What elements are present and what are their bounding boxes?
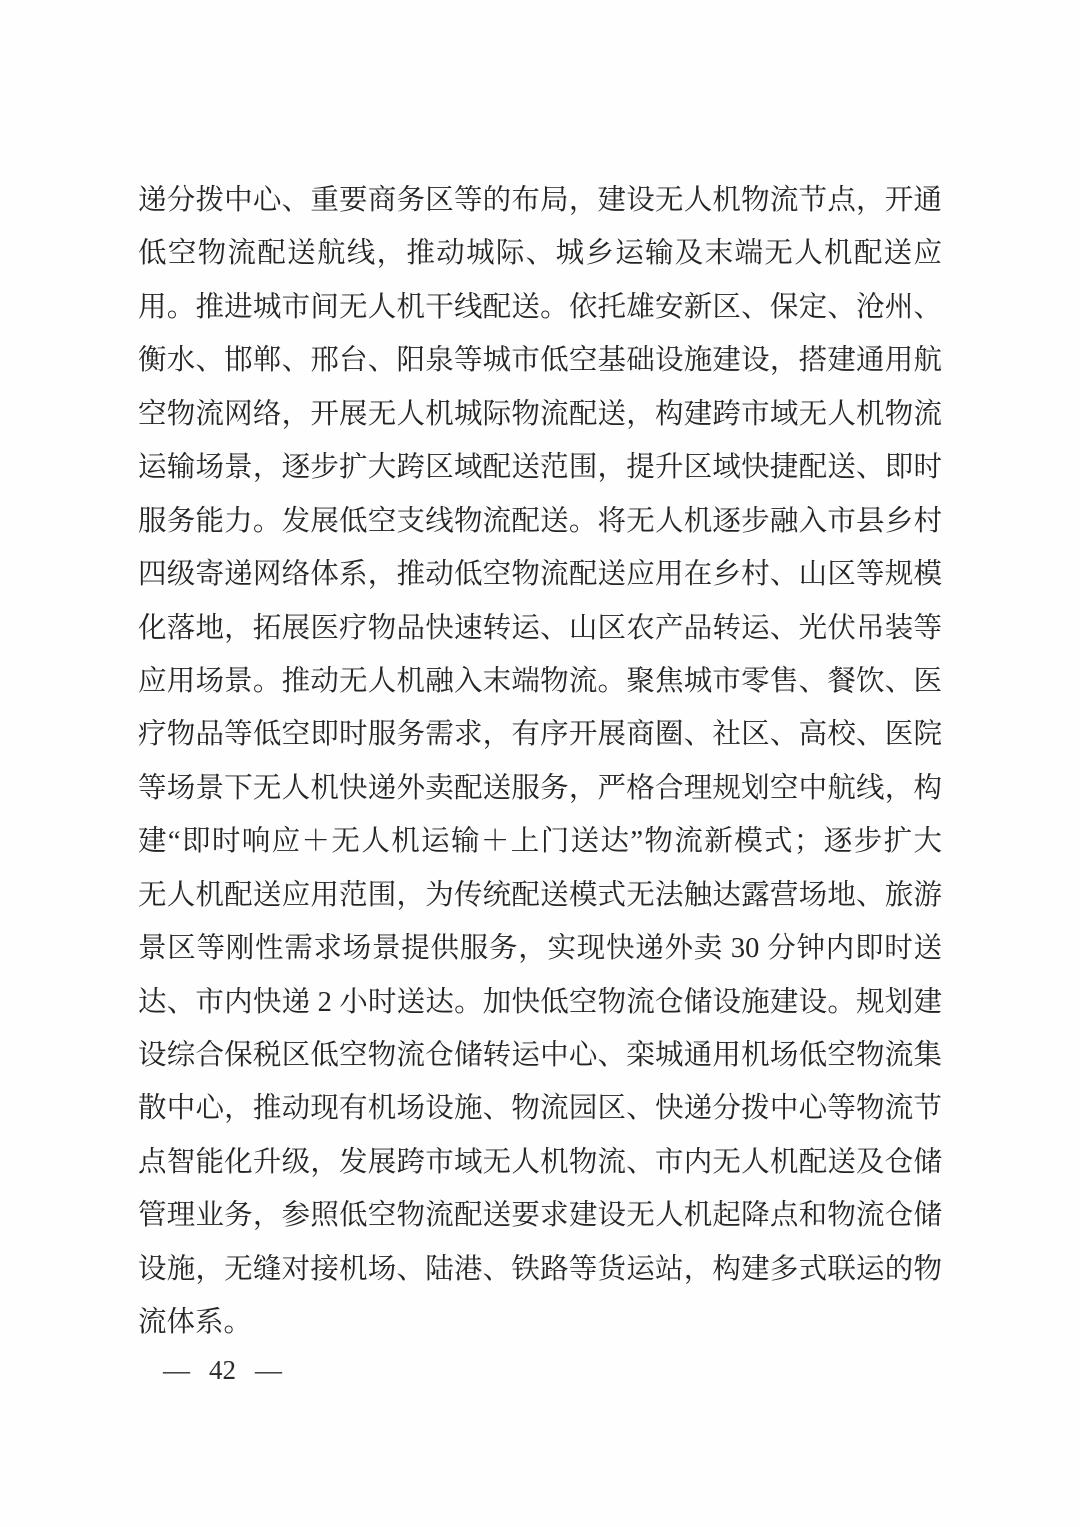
- text-line: 疗物品等低空即时服务需求，有序开展商圈、社区、高校、医院: [138, 708, 942, 761]
- text-line: 等场景下无人机快递外卖配送服务，严格合理规划空中航线，构: [138, 762, 942, 815]
- text-line: 景区等刚性需求场景提供服务，实现快递外卖 30 分钟内即时送: [138, 922, 942, 975]
- text-line: 用。推进城市间无人机干线配送。依托雄安新区、保定、沧州、: [138, 281, 942, 334]
- text-line: 达、市内快递 2 小时送达。加快低空物流仓储设施建设。规划建: [138, 976, 942, 1029]
- text-line: 设施，无缝对接机场、陆港、铁路等货运站，构建多式联运的物: [138, 1243, 942, 1296]
- page-number-dash-left: —: [163, 1355, 190, 1386]
- text-line: 服务能力。发展低空支线物流配送。将无人机逐步融入市县乡村: [138, 495, 942, 548]
- text-line: 低空物流配送航线，推动城际、城乡运输及末端无人机配送应: [138, 227, 942, 280]
- document-page: 递分拨中心、重要商务区等的布局，建设无人机物流节点，开通 低空物流配送航线，推动…: [0, 0, 1080, 1527]
- text-line: 管理业务，参照低空物流配送要求建设无人机起降点和物流仓储: [138, 1189, 942, 1242]
- page-number: — 42 —: [163, 1355, 282, 1386]
- text-line: 递分拨中心、重要商务区等的布局，建设无人机物流节点，开通: [138, 174, 942, 227]
- text-line: 建“即时响应＋无人机运输＋上门送达”物流新模式；逐步扩大: [138, 815, 942, 868]
- text-line: 设综合保税区低空物流仓储转运中心、栾城通用机场低空物流集: [138, 1029, 942, 1082]
- body-text: 递分拨中心、重要商务区等的布局，建设无人机物流节点，开通 低空物流配送航线，推动…: [138, 174, 942, 1350]
- page-number-dash-right: —: [255, 1355, 282, 1386]
- text-line: 化落地，拓展医疗物品快速转运、山区农产品转运、光伏吊装等: [138, 602, 942, 655]
- text-line: 四级寄递网络体系，推动低空物流配送应用在乡村、山区等规模: [138, 548, 942, 601]
- page-number-value: 42: [209, 1355, 236, 1386]
- text-line: 衡水、邯郸、邢台、阳泉等城市低空基础设施建设，搭建通用航: [138, 334, 942, 387]
- text-line: 无人机配送应用范围，为传统配送模式无法触达露营场地、旅游: [138, 869, 942, 922]
- text-line: 空物流网络，开展无人机城际物流配送，构建跨市域无人机物流: [138, 388, 942, 441]
- text-line: 散中心，推动现有机场设施、物流园区、快递分拨中心等物流节: [138, 1082, 942, 1135]
- text-line: 运输场景，逐步扩大跨区域配送范围，提升区域快捷配送、即时: [138, 441, 942, 494]
- text-line: 流体系。: [138, 1296, 942, 1349]
- text-line: 点智能化升级，发展跨市域无人机物流、市内无人机配送及仓储: [138, 1136, 942, 1189]
- text-line: 应用场景。推动无人机融入末端物流。聚焦城市零售、餐饮、医: [138, 655, 942, 708]
